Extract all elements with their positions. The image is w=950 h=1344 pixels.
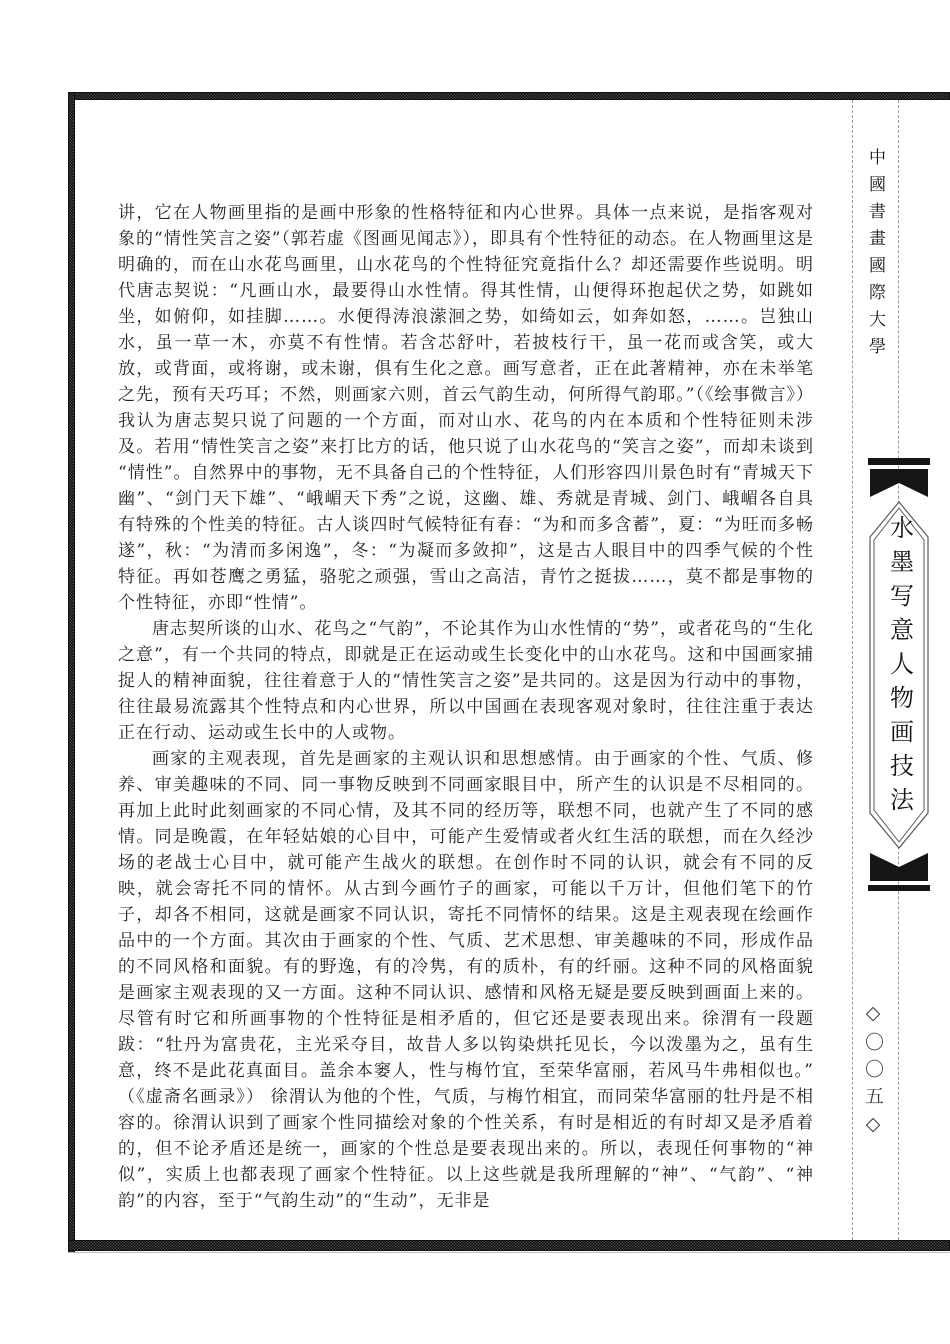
paragraph-3: 画家的主观表现，首先是画家的主观认识和思想感情。由于画家的个性、气质、修养、审美… bbox=[118, 746, 814, 1214]
article-body: 讲，它在人物画里指的是画中形象的性格特征和内心世界。具体一点来说，是指客观对象的… bbox=[118, 200, 814, 1214]
frame-border-bottom bbox=[68, 1240, 950, 1251]
book-title-text: 水墨写意人物画技法 bbox=[883, 515, 918, 821]
frame-border-top bbox=[68, 92, 950, 100]
page-number: ◇〇〇五◇ bbox=[850, 1002, 897, 1152]
page-number-text: ◇〇〇五◇ bbox=[860, 1002, 887, 1152]
book-page: 讲，它在人物画里指的是画中形象的性格特征和内心世界。具体一点来说，是指客观对象的… bbox=[0, 0, 950, 1344]
book-title-vertical: 水墨写意人物画技法 bbox=[862, 515, 938, 847]
paragraph-1: 讲，它在人物画里指的是画中形象的性格特征和内心世界。具体一点来说，是指客观对象的… bbox=[118, 200, 814, 616]
frame-border-left bbox=[68, 92, 75, 1253]
frame-border-bottom-edge bbox=[68, 1252, 950, 1253]
title-banner: 水墨写意人物画技法 bbox=[862, 455, 938, 891]
institution-title-text: 中國書畫國際大學 bbox=[863, 148, 888, 408]
institution-title: 中國書畫國際大學 bbox=[852, 148, 899, 408]
paragraph-2: 唐志契所谈的山水、花鸟之“气韵”，不论其作为山水性情的“势”，或者花鸟的“生化之… bbox=[118, 616, 814, 746]
